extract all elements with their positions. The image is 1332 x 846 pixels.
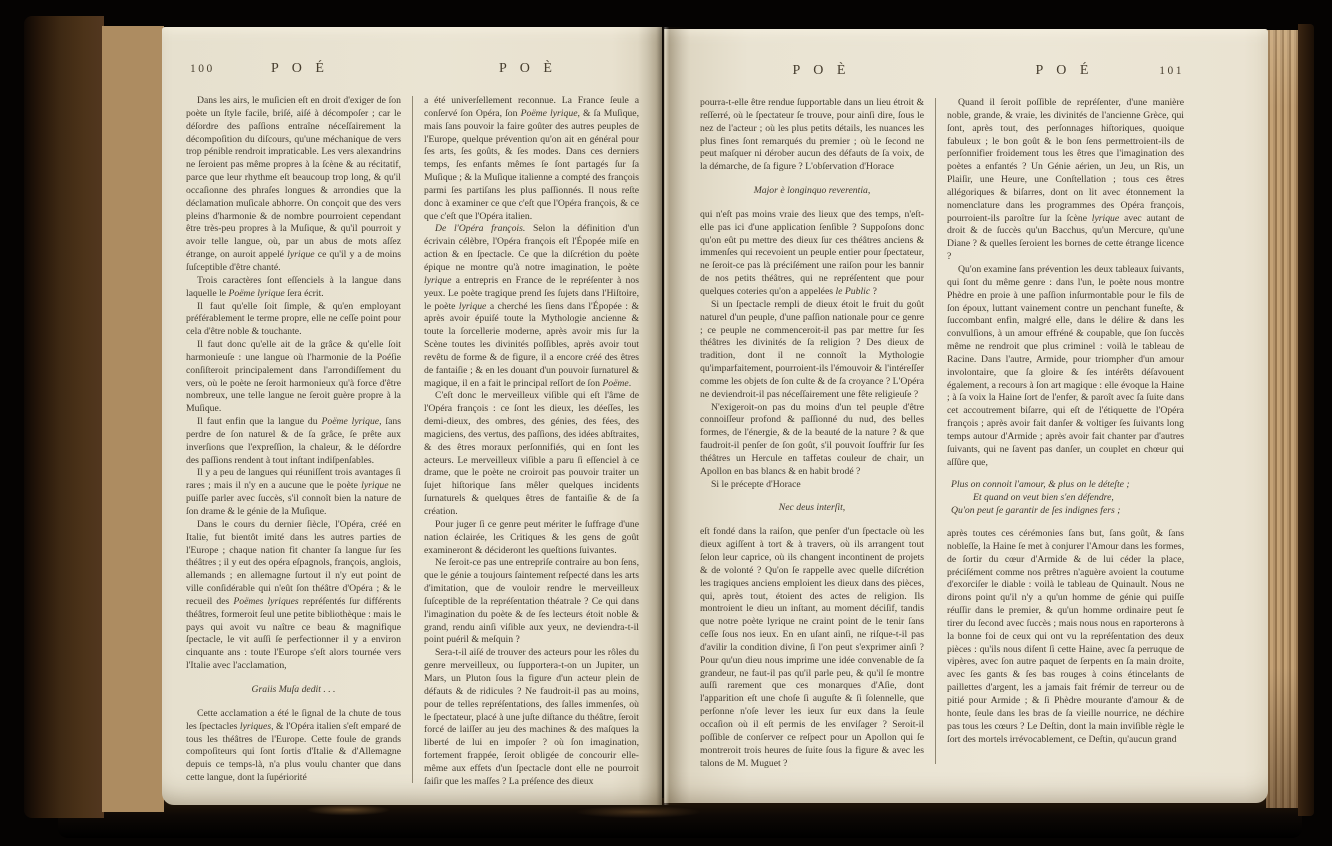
- page-number-right: 101: [1159, 65, 1184, 77]
- right-page: P O È P O É 101 pourra-t-elle être rendu…: [664, 29, 1268, 803]
- paragraph: Quand il ſeroit poſſible de repréſenter,…: [947, 97, 1184, 264]
- page-number-left: 100: [190, 63, 215, 75]
- text-column-4: Quand il ſeroit poſſible de repréſenter,…: [947, 97, 1184, 770]
- book-cover-left: [24, 16, 104, 818]
- paragraph: Trois caractères ſont eſſenciels à la la…: [186, 275, 401, 301]
- paragraph: Si le précepte d'Horace: [700, 479, 924, 492]
- running-title-right-1: P O È: [700, 63, 943, 83]
- paragraph: qui n'eſt pas moins vraie des lieux que …: [700, 209, 924, 299]
- text-column-3: pourra-t-elle être rendue ſupportable da…: [700, 97, 924, 770]
- running-title-right-2: P O É: [943, 63, 1186, 83]
- paragraph: Qu'on examine ſans prévention les deux t…: [947, 264, 1184, 470]
- running-title-left-2: P O È: [414, 61, 642, 81]
- right-page-header: P O È P O É 101: [700, 63, 1186, 83]
- paragraph: après toutes ces cérémonies ſans but, ſa…: [947, 528, 1184, 746]
- text-column-1: Dans les airs, le muſicien eſt en droit …: [186, 95, 401, 789]
- paragraph: N'exigeroit-on pas du moins d'un tel peu…: [700, 402, 924, 479]
- paragraph: a été univerſellement reconnue. La Franc…: [424, 95, 639, 223]
- paragraph: Ne ſeroit-ce pas une entrepriſe contrair…: [424, 557, 639, 647]
- left-page-columns: Dans les airs, le muſicien eſt en droit …: [186, 95, 642, 789]
- book-photo: 100 P O É P O È Dans les airs, le muſici…: [0, 0, 1332, 846]
- right-page-columns: pourra-t-elle être rendue ſupportable da…: [700, 97, 1186, 770]
- left-page-header: 100 P O É P O È: [186, 61, 642, 81]
- paragraph: Nec deus interſit,: [700, 502, 924, 515]
- text-column-2: a été univerſellement reconnue. La Franc…: [424, 95, 639, 789]
- paragraph: Dans les airs, le muſicien eſt en droit …: [186, 95, 401, 275]
- page-edges-left: [102, 26, 164, 812]
- column-rule-right-page: [935, 98, 936, 764]
- paragraph: C'eſt donc le merveilleux viſible qui eſ…: [424, 390, 639, 518]
- column-rule-left-page: [412, 96, 413, 783]
- paragraph: pourra-t-elle être rendue ſupportable da…: [700, 97, 924, 174]
- paragraph: Major è longinquo reverentia,: [700, 185, 924, 198]
- paragraph: Il faut donc qu'elle ait de la grâce & q…: [186, 339, 401, 416]
- left-page: 100 P O É P O È Dans les airs, le muſici…: [162, 27, 662, 805]
- paragraph: Si un ſpectacle rempli de dieux étoit le…: [700, 299, 924, 402]
- verse-quote: Plus on connoit l'amour, & plus on le dé…: [951, 479, 1184, 518]
- paragraph: Graiis Muſa dedit . . .: [186, 684, 401, 697]
- paragraph: eſt fondé dans la raiſon, que penſer d'u…: [700, 526, 924, 770]
- photo-background: { "colors": { "background": "#050302", "…: [0, 0, 1332, 846]
- paragraph: Cette acclamation a été le ſignal de la …: [186, 708, 401, 785]
- book-cover-right: [1298, 24, 1314, 816]
- paragraph: Dans le cours du dernier ſiècle, l'Opéra…: [186, 519, 401, 673]
- paragraph: De l'Opéra françois. Selon la définition…: [424, 223, 639, 390]
- paragraph: Il y a peu de langues qui réuniſſent tro…: [186, 467, 401, 518]
- paragraph: Sera-t-il aiſé de trouver des acteurs po…: [424, 647, 639, 788]
- paragraph: Pour juger ſi ce genre peut mériter le ſ…: [424, 519, 639, 558]
- paragraph: Il faut qu'elle ſoit ſimple, & qu'en emp…: [186, 301, 401, 340]
- paragraph: Il faut enfin que la langue du Poëme lyr…: [186, 416, 401, 467]
- page-edges-right: [1266, 30, 1302, 808]
- running-title-left-1: P O É: [186, 61, 414, 81]
